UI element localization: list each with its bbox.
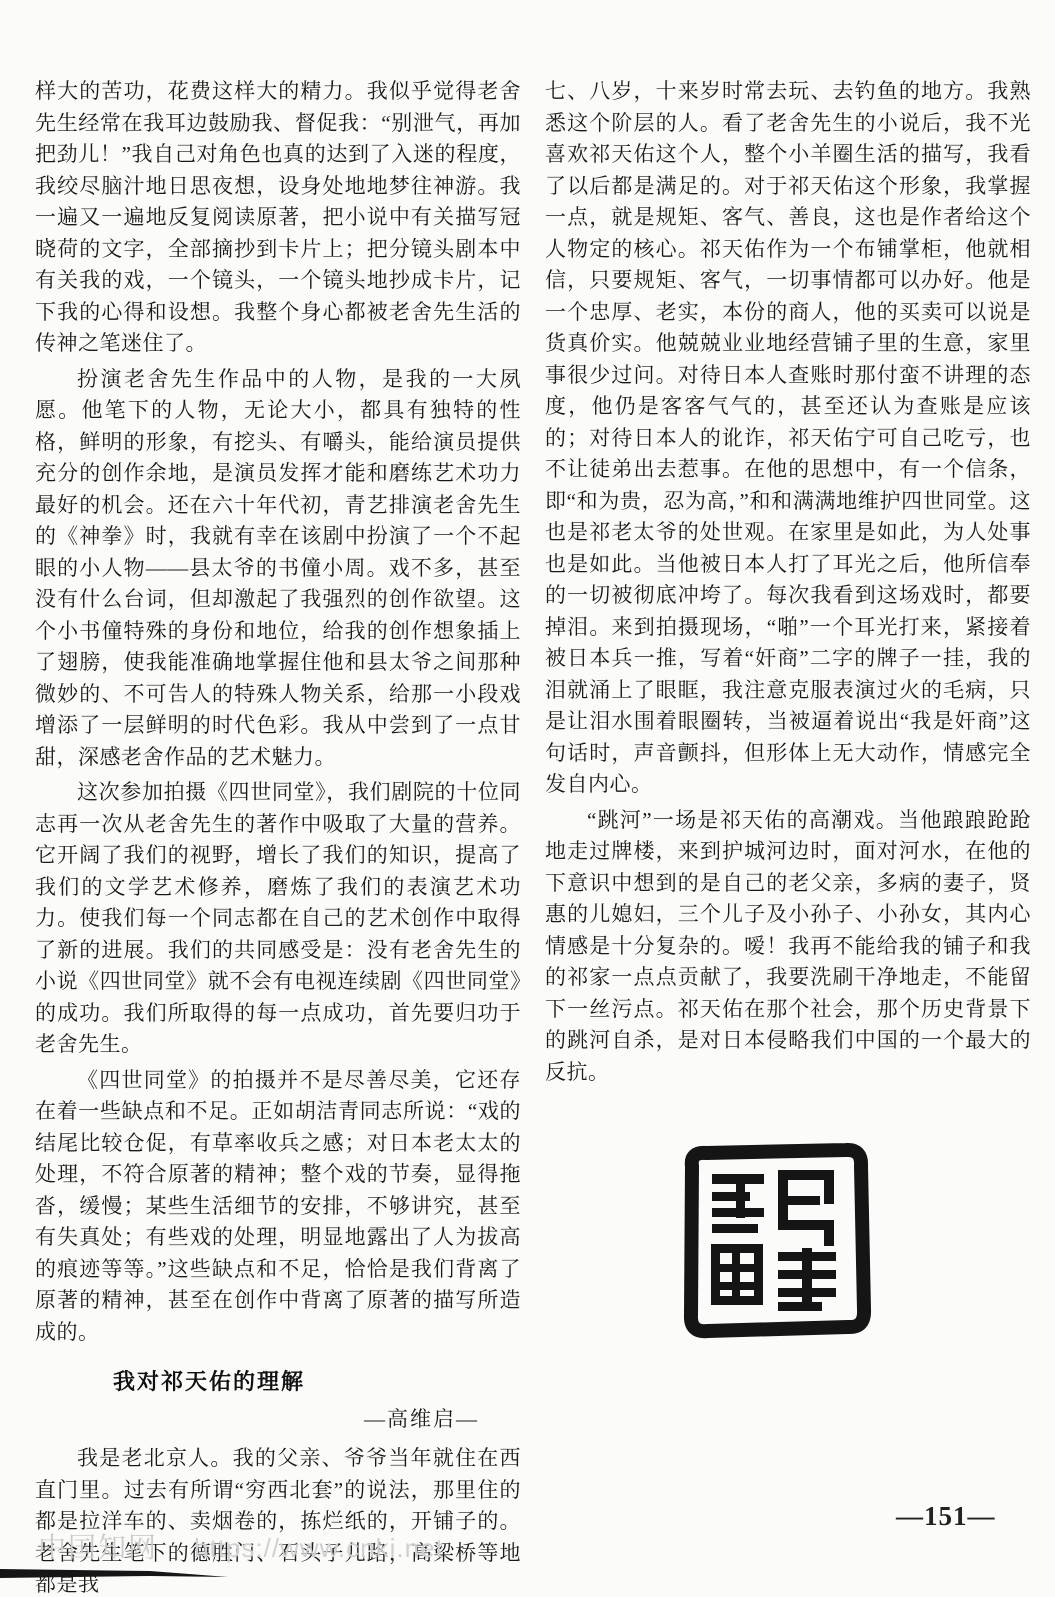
cnki-brand-watermark: 中国知网 [38,1526,158,1566]
paragraph: 扮演老舍先生作品中的人物，是我的一大夙愿。他笔下的人物，无论大小，都具有独特的性… [35,364,521,774]
paragraph: “跳河”一场是祁天佑的高潮戏。当他踉踉跄跄地走过牌楼，来到护城河边时，面对河水，… [545,805,1031,1089]
page-number: —151— [896,1501,996,1532]
paragraph-continuation: 七、八岁，十来岁时常去玩、去钓鱼的地方。我熟悉这个阶层的人。看了老舍先生的小说后… [545,76,1031,801]
paragraph: 这次参加拍摄《四世同堂》，我们剧院的十位同志再一次从老舍先生的著作中吸取了大量的… [35,777,521,1061]
paragraph-continuation: 样大的苦功，花费这样大的精力。我似乎觉得老舍先生经常在我耳边鼓励我、督促我：“别… [35,76,521,360]
section-heading: 我对祁天佑的理解 [35,1366,521,1398]
author-byline: —高维启— [35,1404,521,1436]
seal-stamp-image [678,1140,874,1340]
right-column: 七、八岁，十来岁时常去玩、去钓鱼的地方。我熟悉这个阶层的人。看了老舍先生的小说后… [545,76,1031,1597]
cnki-watermark: 中国知网 https://www.cnki.net [38,1526,444,1566]
two-column-text-area: 样大的苦功，花费这样大的精力。我似乎觉得老舍先生经常在我耳边鼓励我、督促我：“别… [35,76,1031,1597]
left-column: 样大的苦功，花费这样大的精力。我似乎觉得老舍先生经常在我耳边鼓励我、督促我：“别… [35,76,521,1597]
paragraph: 《四世同堂》的拍摄并不是尽善尽美，它还存在着一些缺点和不足。正如胡洁青同志所说：… [35,1065,521,1349]
cnki-url-watermark: https://www.cnki.net [194,1533,444,1564]
scanned-document-page: 样大的苦功，花费这样大的精力。我似乎觉得老舍先生经常在我耳边鼓励我、督促我：“别… [0,0,1055,1597]
scan-artifact-line [0,1566,235,1582]
